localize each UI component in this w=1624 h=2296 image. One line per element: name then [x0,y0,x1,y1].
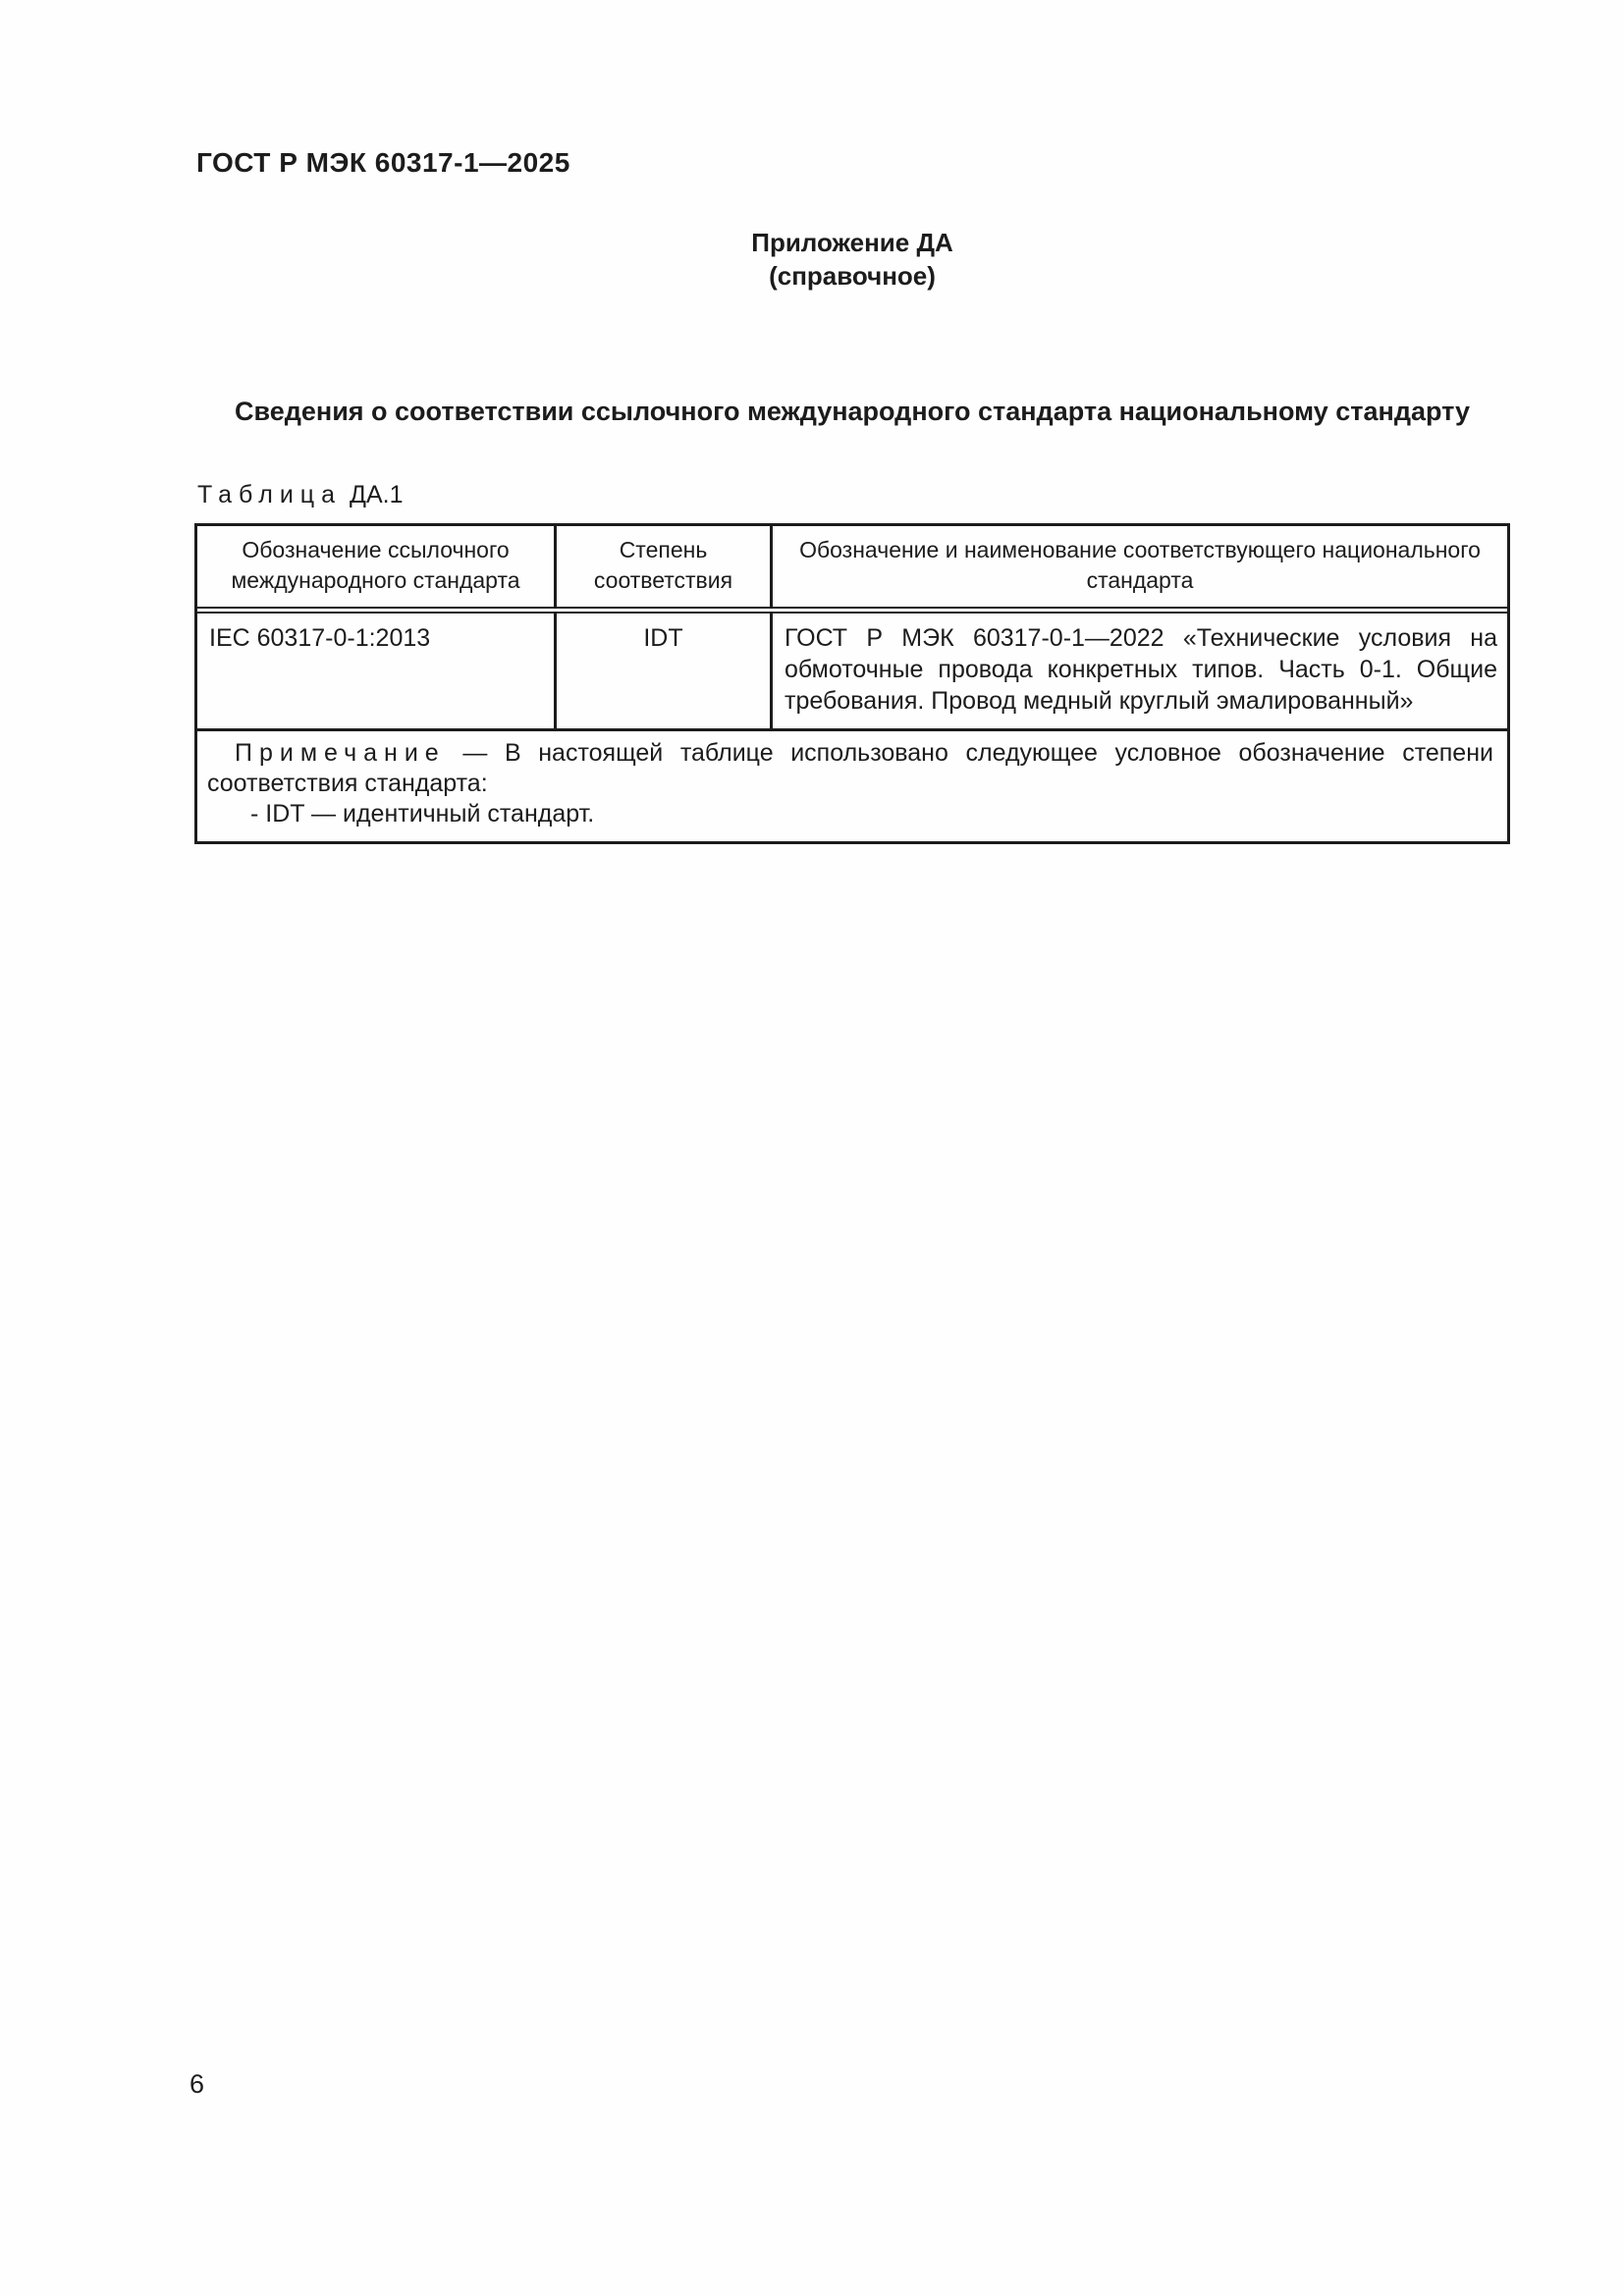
section-title: Сведения о соответствии ссылочного между… [194,395,1510,428]
table-header-row: Обозначение ссылочного международного ст… [197,526,1507,609]
document-page: ГОСТ Р МЭК 60317-1—2025 Приложение ДА (с… [0,0,1624,2296]
table-note-paragraph: Примечание — В настоящей таблице использ… [207,738,1493,799]
table-caption-number: ДА.1 [350,481,403,508]
running-head: ГОСТ Р МЭК 60317-1—2025 [196,147,570,179]
table-caption: ТаблицаДА.1 [197,481,404,509]
table-note: Примечание — В настоящей таблице использ… [197,731,1507,841]
correspondence-table: Обозначение ссылочного международного ст… [194,523,1510,844]
table-note-item: - IDT — идентичный стандарт. [207,799,1493,829]
appendix-type: (справочное) [194,261,1510,292]
cell-national-standard: ГОСТ Р МЭК 60317-0-1—2022 «Технические у… [773,614,1507,728]
header-degree-of-correspondence: Степень соответствия [557,526,773,607]
cell-reference-standard: IEC 60317-0-1:2013 [197,614,557,728]
table-row: IEC 60317-0-1:2013 IDT ГОСТ Р МЭК 60317-… [197,614,1507,731]
table-caption-label: Таблица [197,481,342,508]
table-note-label: Примечание [235,739,446,767]
header-national-standard: Обозначение и наименование соответствующ… [773,526,1507,607]
cell-degree-of-correspondence: IDT [557,614,773,728]
appendix-title: Приложение ДА [194,228,1510,258]
page-number: 6 [189,2069,204,2100]
header-reference-standard: Обозначение ссылочного международного ст… [197,526,557,607]
